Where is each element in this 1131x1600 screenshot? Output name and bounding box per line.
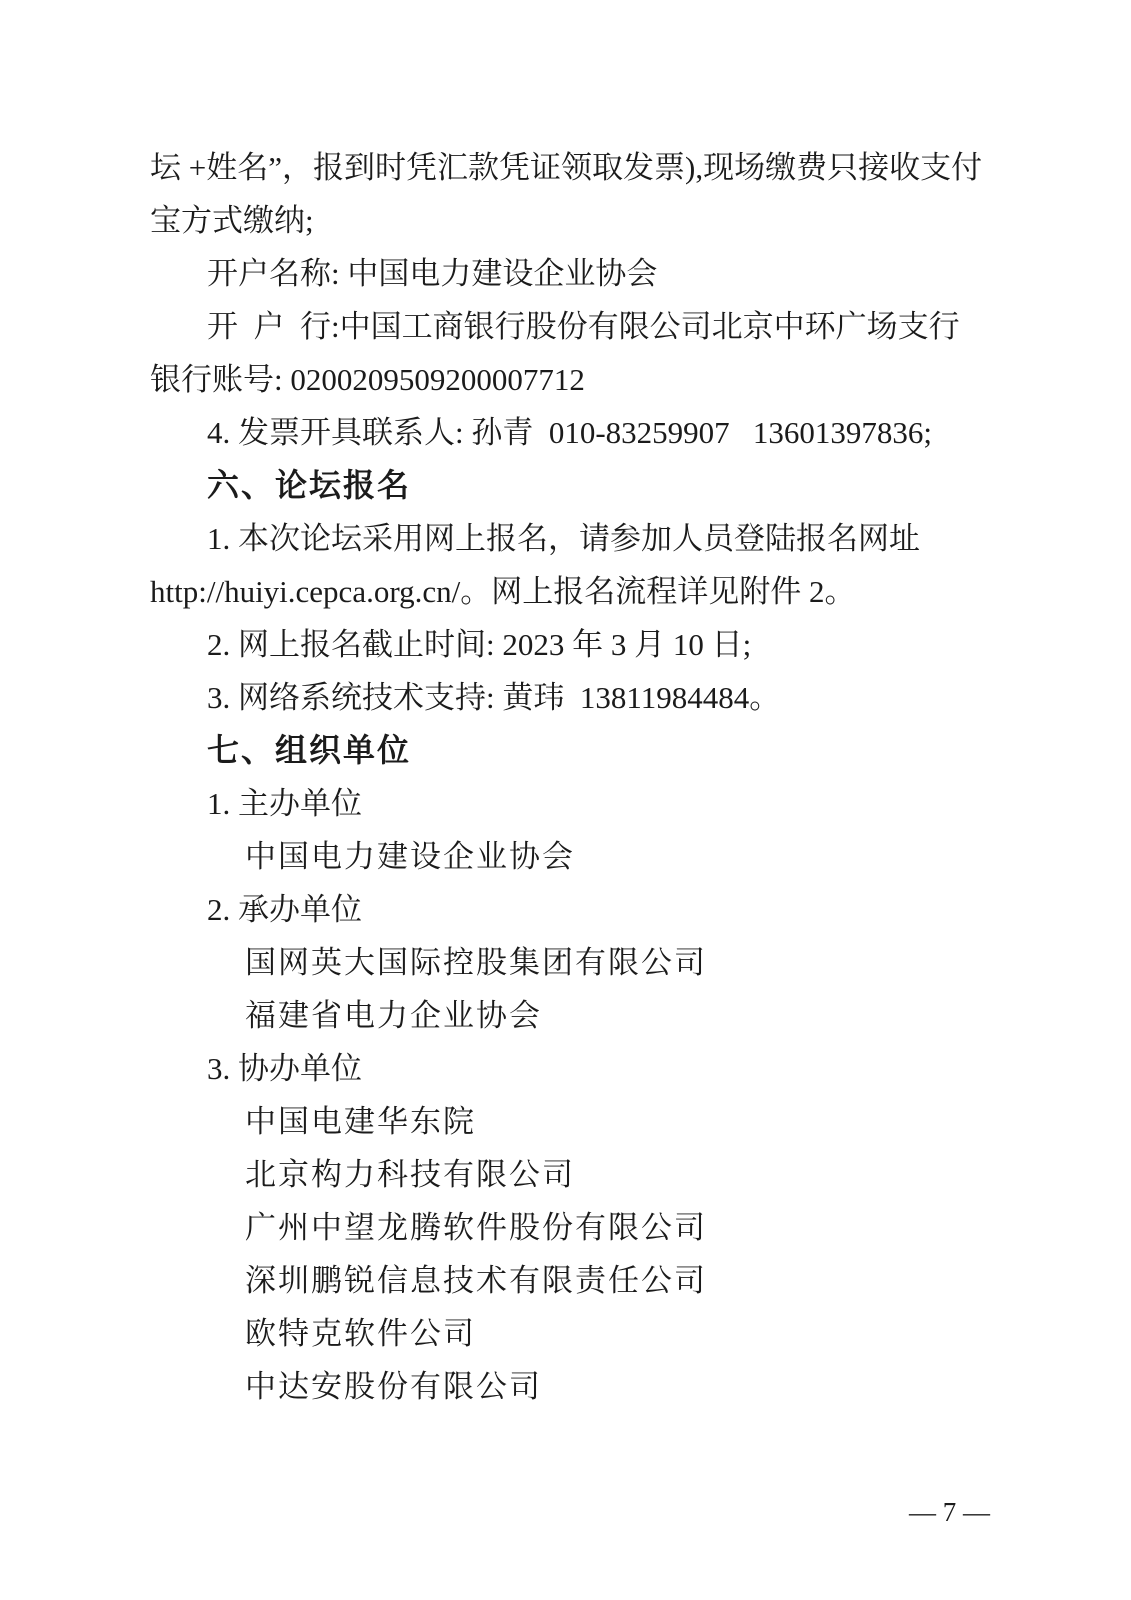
bank-branch-line: 开 户 行:中国工商银行股份有限公司北京中环广场支行 bbox=[150, 300, 995, 353]
org-name-line: 广州中望龙腾软件股份有限公司 bbox=[150, 1201, 995, 1254]
org-name-line: 国网英大国际控股集团有限公司 bbox=[150, 936, 995, 989]
host-unit-label-line: 1. 主办单位 bbox=[150, 777, 995, 830]
org-name-line: 福建省电力企业协会 bbox=[150, 989, 995, 1042]
co-organizer-label-line: 3. 协办单位 bbox=[150, 1042, 995, 1095]
registration-deadline-line: 2. 网上报名截止时间: 2023 年 3 月 10 日; bbox=[150, 618, 995, 671]
org-name-line: 深圳鹏锐信息技术有限责任公司 bbox=[150, 1254, 995, 1307]
registration-url-line: http://huiyi.cepca.org.cn/。网上报名流程详见附件 2。 bbox=[150, 565, 995, 618]
tech-support-line: 3. 网络系统技术支持: 黄玮 13811984484。 bbox=[150, 671, 995, 724]
section-heading-forum-registration: 六、论坛报名 bbox=[150, 459, 995, 512]
section-heading-organizers: 七、组织单位 bbox=[150, 724, 995, 777]
paragraph-line: 宝方式缴纳; bbox=[150, 194, 995, 247]
bank-account-number-line: 银行账号: 0200209509200007712 bbox=[150, 353, 995, 406]
document-body: 坛 +姓名”，报到时凭汇款凭证领取发票),现场缴费只接收支付 宝方式缴纳; 开户… bbox=[150, 141, 995, 1413]
paragraph-line: 坛 +姓名”，报到时凭汇款凭证领取发票),现场缴费只接收支付 bbox=[150, 141, 995, 194]
org-name-line: 欧特克软件公司 bbox=[150, 1307, 995, 1360]
org-name-line: 中达安股份有限公司 bbox=[150, 1360, 995, 1413]
org-name-line: 中国电力建设企业协会 bbox=[150, 830, 995, 883]
undertaking-unit-label-line: 2. 承办单位 bbox=[150, 883, 995, 936]
document-page: 坛 +姓名”，报到时凭汇款凭证领取发票),现场缴费只接收支付 宝方式缴纳; 开户… bbox=[0, 0, 1131, 1600]
page-footer: — 7 — bbox=[882, 1466, 990, 1559]
org-name-line: 中国电建华东院 bbox=[150, 1095, 995, 1148]
page-number: — 7 — bbox=[909, 1497, 990, 1527]
org-name-line: 北京构力科技有限公司 bbox=[150, 1148, 995, 1201]
bank-account-name-line: 开户名称: 中国电力建设企业协会 bbox=[150, 247, 995, 300]
invoice-contact-line: 4. 发票开具联系人: 孙青 010-83259907 13601397836; bbox=[150, 406, 995, 459]
paragraph-line: 1. 本次论坛采用网上报名，请参加人员登陆报名网址 bbox=[150, 512, 995, 565]
